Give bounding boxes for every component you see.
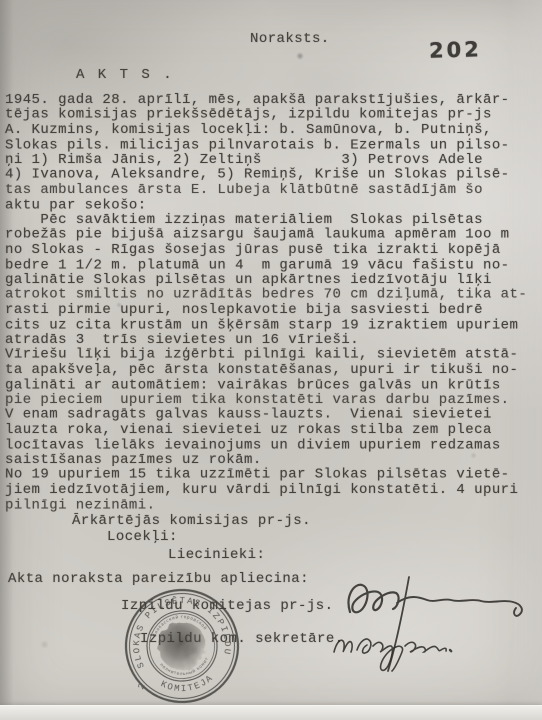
closing-members-line: Locekļi: [107,530,178,545]
document-line: jiem iedzīvotājiem, kuru vārdi pilnīgi k… [5,483,527,498]
closing-chairman-line: Ārkārtējās komisijas pr-js. [72,514,311,529]
document-line: Vīriešu līķi bija izģērbti pilnīgi kaili… [5,348,527,363]
certification-line: Akta noraksta pareizību apliecina: [8,572,309,587]
document-line: locītavas lielāks ievainojums un diviem … [5,438,527,453]
document-line: cits uz cita krustām un šķērsām starp 19… [5,318,527,333]
executive-chairman-line: Izpildu komitejas pr-js. [121,599,333,614]
secretary-line: Izpildu kom. sekretāre. [140,632,344,647]
document-line: tējas komisijas priekšsēdētājs, izpildu … [5,108,527,123]
document-line: A. Kuzmins, komisijas locekļi: b. Samūno… [5,123,527,138]
copy-heading: Noraksts. [250,32,330,47]
document-body: 1945. gada 28. aprīlī, mēs, apakšā parak… [5,93,527,513]
document-line: pilnīgi nezināmi. [5,498,527,513]
document-line: no Slokas - Rīgas šosejas jūras pusē tik… [5,243,527,258]
document-line: tas ambulances ārsta E. Lubeja klātbūtnē… [5,183,527,198]
document-line: Slokas pils. milicijas pilnvarotais b. E… [5,138,527,153]
scan-bottom-edge [0,705,542,720]
scan-speck [40,640,49,649]
document-line: No 19 upuriem 15 tika uzzīmēti par Sloka… [5,468,527,483]
document-line: 4) Ivanova, Aleksandre, 5) Remiņš, Kriše… [5,168,527,183]
closing-witnesses-line: Liecinieki: [168,548,265,563]
document-line: ta apakšveļa, pēc ārsta konstatēšanas, u… [5,363,527,378]
document-line: lauzta roka, vienai sievietei uz rokas s… [5,423,527,438]
scan-speck [296,52,304,60]
document-line: V enam sadragāts galvas kauss-lauzts. Vi… [5,408,527,423]
registry-number-stamp: 202 [429,37,482,62]
document-line: aktu par sekošo: [5,198,527,213]
document-line: robežās pie bijušā aizsargu šaujamā lauk… [5,228,527,243]
chairman-signature-icon [349,577,522,671]
secretary-signature-icon [334,639,451,671]
document-line: bedre 1 1/2 m. platumā un 4 m garumā 19 … [5,258,527,273]
stamp-outer-text-bottom: KOMITEJA [158,672,217,698]
scanned-document-page: Noraksts. 202 A K T S . 1945. gada 28. a… [0,0,542,720]
document-title: A K T S . [76,68,174,83]
stamp-number: 2 [136,680,148,691]
document-line: atrokot smiltis no uzrādītās bedres 70 c… [5,288,527,303]
document-line: rasti pirmie upuri, noslepkavotie bija s… [5,303,527,318]
